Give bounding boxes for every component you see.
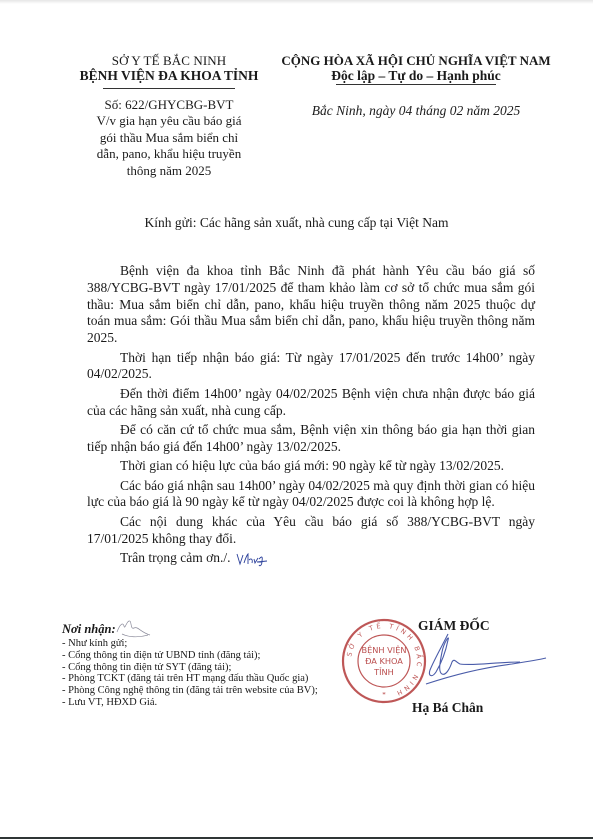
body-paragraph: Để có căn cứ tổ chức mua sắm, Bệnh viện … <box>87 422 535 456</box>
initial-scribble-icon <box>114 618 154 640</box>
official-seal-icon: SỞ Y TẾ TỈNH BẮC NINH BỆNH VIỆN ĐA KHOA … <box>341 618 427 704</box>
svg-text:ĐA KHOA: ĐA KHOA <box>365 656 403 666</box>
recipients-title-text: Nơi nhận: <box>62 622 116 636</box>
subject-line: thông năm 2025 <box>84 163 254 180</box>
subject-line: gói thầu Mua sắm biển chỉ <box>84 130 254 147</box>
body-paragraph: Các báo giá nhận sau 14h00’ ngày 04/02/2… <box>87 478 535 512</box>
recipient-item: - Như kính gửi; <box>62 638 352 650</box>
body-paragraph: Thời hạn tiếp nhận báo giá: Từ ngày 17/0… <box>87 350 535 384</box>
body-paragraph: Bệnh viện đa khoa tỉnh Bắc Ninh đã phát … <box>87 263 535 347</box>
body-paragraph: Các nội dung khác của Yêu cầu báo giá số… <box>87 514 535 548</box>
subject-line: dẫn, pano, khẩu hiệu truyền <box>84 146 254 163</box>
place-date: Bắc Ninh, ngày 04 tháng 02 năm 2025 <box>280 103 552 119</box>
recipient-item: - Cổng thông tin điện tử UBND tỉnh (đăng… <box>62 650 352 662</box>
svg-text:TỈNH: TỈNH <box>373 666 394 677</box>
org-underline <box>103 88 235 89</box>
org-name: BỆNH VIỆN ĐA KHOA TỈNH <box>62 68 276 84</box>
motto: Độc lập – Tự do – Hạnh phúc <box>280 68 552 84</box>
recipient-item: - Lưu VT, HĐXD Giá. <box>62 697 352 709</box>
document-subject: V/v gia hạn yêu cầu báo giá gói thầu Mua… <box>84 113 254 179</box>
initial-scribble-icon <box>235 551 271 567</box>
recipients-block: Nơi nhận: - Như kính gửi; - Cổng thông t… <box>62 620 352 709</box>
svg-text:*: * <box>382 691 386 699</box>
document-number: Số: 622/GHYCBG-BVT <box>62 97 276 112</box>
nation-title: CỘNG HÒA XÃ HỘI CHỦ NGHĨA VIỆT NAM <box>280 53 552 68</box>
body-paragraph: Thời gian có hiệu lực của báo giá mới: 9… <box>87 458 535 475</box>
subject-line: V/v gia hạn yêu cầu báo giá <box>84 113 254 130</box>
recipient-item: - Cổng thông tin điện tử SYT (đăng tải); <box>62 662 352 674</box>
letter-body: Bệnh viện đa khoa tỉnh Bắc Ninh đã phát … <box>87 263 535 569</box>
body-paragraph: Đến thời điểm 14h00’ ngày 04/02/2025 Bện… <box>87 386 535 420</box>
motto-underline <box>336 84 496 85</box>
recipient-item: - Phòng Công nghệ thông tin (đăng tải tr… <box>62 685 352 697</box>
closing-line: Trân trọng cảm ơn./. <box>87 550 535 567</box>
signer-name: Hạ Bá Chân <box>412 700 483 716</box>
handwritten-signature-icon <box>420 628 550 698</box>
recipients-list: - Như kính gửi; - Cổng thông tin điện tử… <box>62 638 352 709</box>
svg-text:BỆNH VIỆN: BỆNH VIỆN <box>362 644 407 656</box>
recipient-item: - Phòng TCKT (đăng tải trên HT mạng đấu … <box>62 673 352 685</box>
parent-org: SỞ Y TẾ BẮC NINH <box>62 53 276 68</box>
issuer-header: SỞ Y TẾ BẮC NINH BỆNH VIỆN ĐA KHOA TỈNH … <box>62 53 276 179</box>
top-edge-shadow <box>0 0 593 4</box>
national-header: CỘNG HÒA XÃ HỘI CHỦ NGHĨA VIỆT NAM Độc l… <box>280 53 552 119</box>
recipients-title: Nơi nhận: <box>62 622 116 636</box>
addressee: Kính gửi: Các hãng sản xuất, nhà cung cấ… <box>0 215 593 231</box>
closing-text: Trân trọng cảm ơn./. <box>120 550 231 565</box>
